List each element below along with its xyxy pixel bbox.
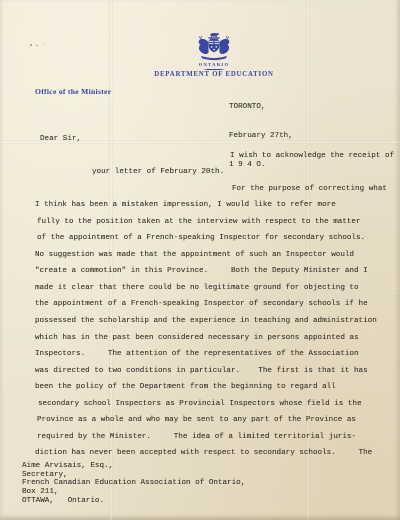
body-line: I wish to acknowledge the receipt of [35, 148, 394, 165]
recipient-line: Box 211, [22, 488, 245, 497]
recipient-address: Aime Arvisais, Esq.,Secretary,French Can… [22, 462, 245, 506]
letterhead-department: DEPARTMENT OF EDUCATION [134, 71, 294, 78]
letter-body: Dear Sir,I wish to acknowledge the recei… [35, 131, 394, 462]
dateline-city: TORONTO, [229, 103, 293, 113]
body-line: was directed to two conditions in partic… [35, 363, 394, 380]
body-line: fully to the position taken at the inter… [35, 214, 394, 231]
body-line: "create a commotion" in this Province. B… [35, 263, 394, 280]
recipient-line: French Canadian Education Association of… [22, 479, 245, 488]
body-line: No suggestion was made that the appointm… [35, 247, 394, 264]
body-line: made it clear that there could be no leg… [35, 280, 394, 297]
body-line: of the appointment of a French-speaking … [35, 230, 394, 247]
body-line: I think has been a mistaken impression, … [35, 197, 394, 214]
body-line: For the purpose of correcting what [35, 181, 394, 198]
body-line: your letter of February 20th. [35, 164, 394, 181]
paper-speck [30, 44, 32, 46]
body-line: been the policy of the Department from t… [35, 379, 394, 396]
recipient-line: Aime Arvisais, Esq., [22, 462, 245, 471]
body-line: Province as a whole and who may be sent … [35, 412, 394, 429]
ontario-coat-of-arms-icon [192, 31, 236, 62]
body-line: the appointment of a French-speaking Ins… [35, 296, 394, 313]
body-line: which has in the past been considered ne… [35, 330, 394, 347]
body-line: Inspectors. The attention of the represe… [35, 346, 394, 363]
recipient-line: OTTAWA, Ontario. [22, 497, 245, 506]
body-line: Dear Sir, [35, 131, 394, 148]
body-line: secondary school Inspectors as Provincia… [35, 396, 394, 413]
office-of-the-minister-label: Office of the Minister [35, 87, 111, 96]
body-line: possessed the scholarship and the experi… [35, 313, 394, 330]
letterhead-org-name: ONTARIO [174, 62, 254, 67]
body-line: required by the Minister. The idea of a … [35, 429, 394, 446]
body-line: diction has never been accepted with res… [35, 445, 394, 462]
